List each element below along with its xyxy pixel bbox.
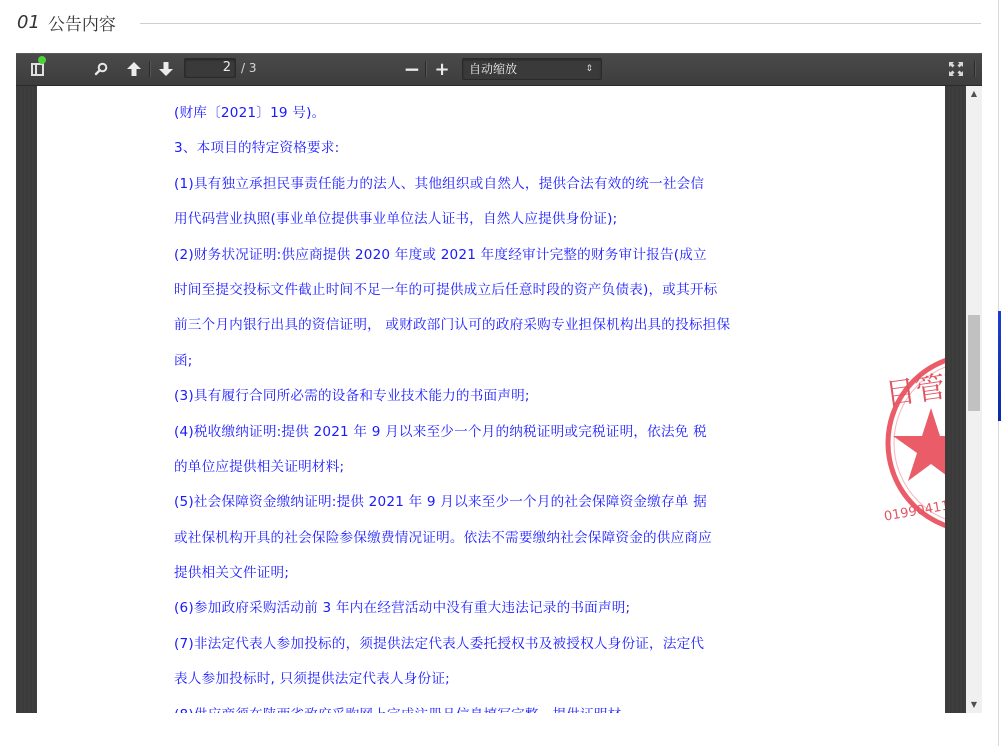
zoom-out-button[interactable]: − — [402, 57, 422, 81]
page-count: / 3 — [241, 61, 257, 75]
presentation-mode-button[interactable] — [944, 57, 968, 81]
page-number-input[interactable]: 2 — [184, 58, 236, 78]
text-line: 或社保机构开具的社会保险参保缴费情况证明。依法不需要缴纳社会保障资金的供应商应 — [174, 521, 854, 556]
zoom-in-button[interactable]: + — [432, 57, 452, 81]
page-text: (财库〔2021〕19 号)。 3、本项目的特定资格要求: (1)具有独立承担民… — [174, 96, 854, 713]
text-line: 时间至提交投标文件截止时间不足一年的可提供成立后任意时段的资产负债表)，或其开标 — [174, 273, 854, 308]
section-title: 公告内容 — [48, 10, 116, 35]
plus-icon: + — [434, 59, 449, 80]
stamp-top-text: 目管理 — [883, 366, 945, 413]
toolbar-separator — [149, 61, 150, 77]
text-line: 的单位应提供相关证明材料; — [174, 450, 854, 485]
next-page-button[interactable] — [155, 57, 177, 81]
text-line: (6)参加政府采购活动前 3 年内在经营活动中没有重大违法记录的书面声明; — [174, 591, 854, 626]
text-line: 函; — [174, 344, 854, 379]
pdf-page: (财库〔2021〕19 号)。 3、本项目的特定资格要求: (1)具有独立承担民… — [37, 86, 945, 713]
select-arrows-icon: ⇕ — [585, 59, 593, 79]
sidebar-toggle-button[interactable] — [26, 57, 48, 81]
notification-dot — [38, 56, 46, 64]
sidebar-toggle-icon — [31, 63, 44, 76]
section-divider — [140, 23, 981, 24]
arrow-down-icon — [158, 61, 174, 77]
text-line: 用代码营业执照(事业单位提供事业单位法人证书，自然人应提供身份证); — [174, 202, 854, 237]
toolbar-separator — [425, 61, 426, 77]
arrow-up-icon — [126, 61, 142, 77]
text-line: 前三个月内银行出具的资信证明， 或财政部门认可的政府采购专业担保机构出具的投标担… — [174, 308, 854, 343]
section-header: 01 公告内容 — [17, 8, 981, 36]
scroll-up-arrow[interactable]: ▲ — [966, 86, 982, 102]
text-line: 提供相关文件证明; — [174, 556, 854, 591]
pdf-viewer: 2 / 3 − + 自动缩放 ⇕ — [16, 53, 982, 713]
document-container[interactable]: (财库〔2021〕19 号)。 3、本项目的特定资格要求: (1)具有独立承担民… — [16, 86, 966, 713]
official-seal-stamp: 目管理 01990411 — [881, 348, 945, 538]
section-number: 01 — [17, 12, 40, 33]
text-line: (2)财务状况证明:供应商提供 2020 年度或 2021 年度经审计完整的财务… — [174, 238, 854, 273]
find-button[interactable] — [90, 57, 112, 81]
scroll-thumb[interactable] — [968, 315, 980, 411]
text-line: (4)税收缴纳证明:提供 2021 年 9 月以来至少一个月的纳税证明或完税证明… — [174, 415, 854, 450]
zoom-select-value: 自动缩放 — [469, 62, 517, 76]
minus-icon: − — [404, 57, 421, 81]
text-line: (8)供应商须在陕西省政府采购网上完成注册且信息填写完整，提供证明材 — [174, 698, 854, 713]
pdf-toolbar: 2 / 3 − + 自动缩放 ⇕ — [16, 53, 982, 86]
toolbar-separator — [974, 61, 975, 77]
text-line: (财库〔2021〕19 号)。 — [174, 96, 854, 131]
text-line: (7)非法定代表人参加投标的，须提供法定代表人委托授权书及被授权人身份证，法定代 — [174, 627, 854, 662]
text-line: 表人参加投标时, 只须提供法定代表人身份证; — [174, 662, 854, 697]
search-icon — [94, 62, 108, 76]
previous-page-button[interactable] — [123, 57, 145, 81]
fullscreen-icon — [948, 61, 964, 77]
scroll-down-arrow[interactable]: ▼ — [966, 697, 982, 713]
vertical-scrollbar[interactable]: ▲ ▼ — [966, 86, 982, 713]
text-line: (3)具有履行合同所必需的设备和专业技术能力的书面声明; — [174, 379, 854, 414]
text-line: 3、本项目的特定资格要求: — [174, 131, 854, 166]
text-line: (1)具有独立承担民事责任能力的法人、其他组织或自然人，提供合法有效的统一社会信 — [174, 167, 854, 202]
text-line: (5)社会保障资金缴纳证明:提供 2021 年 9 月以来至少一个月的社会保障资… — [174, 485, 854, 520]
zoom-select[interactable]: 自动缩放 ⇕ — [462, 58, 602, 80]
